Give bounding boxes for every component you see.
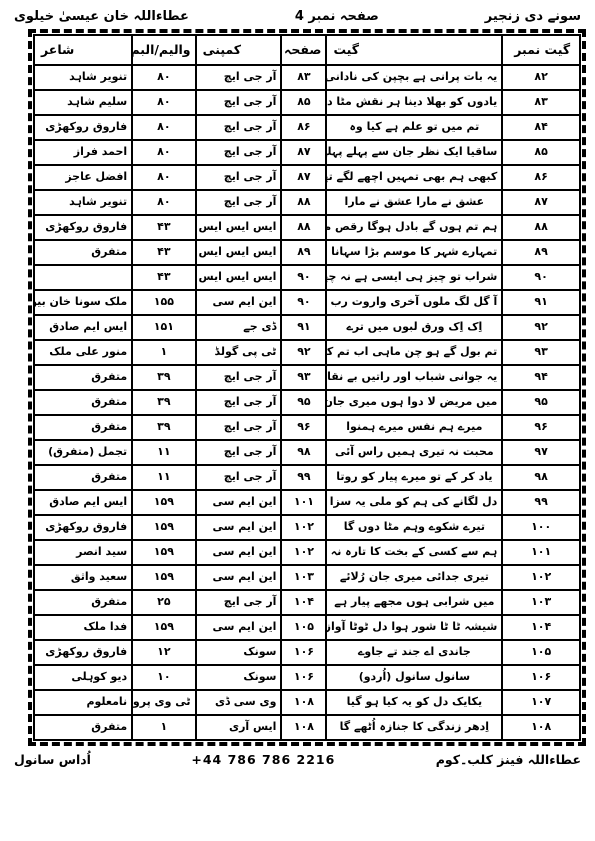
volume-album-cell: ۴۳ xyxy=(132,265,195,290)
page-number-cell: ۱۰۲ xyxy=(281,540,326,565)
song-number-cell: ۸۵ xyxy=(502,140,580,165)
poet-cell: ملک سونا خان بیوس xyxy=(34,290,132,315)
header-title-right: سونے دی زنجیر xyxy=(485,9,581,24)
table-row: ۸۵ ساقیا ایک نظر جان سے پہلے پہلے ۸۷ آر … xyxy=(34,140,580,165)
table-row: ۸۴ تم میں تو علم ہے کیا وہ ۸۶ آر جی ایچ … xyxy=(34,115,580,140)
table-row: ۹۱ آ گل لگ ملوں آخری واروت رب ۹۰ این ایم… xyxy=(34,290,580,315)
poet-cell: سعید واثق xyxy=(34,565,132,590)
poet-cell: تنویر شاہد xyxy=(34,65,132,90)
page-number-cell: ۱۰۸ xyxy=(281,715,326,740)
page-number-cell: ۱۰۸ xyxy=(281,690,326,715)
company-cell: این ایم سی xyxy=(196,290,282,315)
table-row: ۹۶ میرے ہم نفس میرے ہمنوا ۹۶ آر جی ایچ ۳… xyxy=(34,415,580,440)
song-title-cell: عشق نے مارا عشق نے مارا xyxy=(326,190,502,215)
poet-cell: متفرق xyxy=(34,465,132,490)
volume-album-cell: ۱۵۹ xyxy=(132,615,195,640)
company-cell: سونک xyxy=(196,640,282,665)
poet-cell: متفرق xyxy=(34,240,132,265)
poet-cell: نامعلوم xyxy=(34,690,132,715)
table-row: ۹۹ دل لگانے کی ہم کو ملی یہ سزا ۱۰۱ این … xyxy=(34,490,580,515)
page-number-cell: ۸۳ xyxy=(281,65,326,90)
volume-album-cell: ۳۹ xyxy=(132,390,195,415)
table-row: ۹۰ شراب تو چیز ہی ایسی ہے نہ چھوڑی جائے … xyxy=(34,265,580,290)
song-number-cell: ۱۰۰ xyxy=(502,515,580,540)
poet-cell: فاروق روکھڑی xyxy=(34,115,132,140)
company-cell: آر جی ایچ xyxy=(196,365,282,390)
song-number-cell: ۹۴ xyxy=(502,365,580,390)
page-number-cell: ۹۲ xyxy=(281,340,326,365)
page-number-cell: ۹۵ xyxy=(281,390,326,415)
song-title-cell: ہم سے کسی کے بخت کا تارہ نہ ملا xyxy=(326,540,502,565)
table-dashed-frame: گیت نمبر گیت صفحہ نمبر کمپنی والیم/البم … xyxy=(28,29,586,746)
song-title-cell: اِک اِک ورق لبوں میں ترے xyxy=(326,315,502,340)
song-number-cell: ۹۰ xyxy=(502,265,580,290)
song-title-cell: سانول سانول (اُردو) xyxy=(326,665,502,690)
page-number-cell: ۱۰۴ xyxy=(281,590,326,615)
table-row: ۸۶ کبھی ہم بھی تمہیں اچھے لگے تھے ۸۷ آر … xyxy=(34,165,580,190)
company-cell: آر جی ایچ xyxy=(196,190,282,215)
company-cell: این ایم سی xyxy=(196,515,282,540)
company-cell: وی سی ڈی xyxy=(196,690,282,715)
page-number-cell: ۹۳ xyxy=(281,365,326,390)
song-number-cell: ۸۶ xyxy=(502,165,580,190)
page-footer: عطاءاللہ فینز کلب۔کوم +44 786 786 2216 ا… xyxy=(0,746,595,767)
col-header-company: کمپنی xyxy=(196,35,282,65)
table-row: ۱۰۶ سانول سانول (اُردو) ۱۰۶ سونک ۱۰ دیو … xyxy=(34,665,580,690)
song-number-cell: ۱۰۶ xyxy=(502,665,580,690)
company-cell: آر جی ایچ xyxy=(196,90,282,115)
table-header-row: گیت نمبر گیت صفحہ نمبر کمپنی والیم/البم … xyxy=(34,35,580,65)
song-title-cell: ہم تم ہوں گے بادل ہوگا رقص میں xyxy=(326,215,502,240)
song-title-cell: تم میں تو علم ہے کیا وہ xyxy=(326,115,502,140)
poet-cell: متفرق xyxy=(34,415,132,440)
table-row: ۹۴ یہ جوانی شباب اور راتیں بے نقاب آنا ۹… xyxy=(34,365,580,390)
poet-cell: سلیم شاہد xyxy=(34,90,132,115)
company-cell: ٹی پی گولڈ xyxy=(196,340,282,365)
company-cell: آر جی ایچ xyxy=(196,65,282,90)
volume-album-cell: ٹی وی پروگرام xyxy=(132,690,195,715)
poet-cell: متفرق xyxy=(34,590,132,615)
table-row: ۹۳ تم بول گے ہو چن ماہی اب تم کو ۹۲ ٹی پ… xyxy=(34,340,580,365)
poet-cell xyxy=(34,265,132,290)
song-number-cell: ۹۵ xyxy=(502,390,580,415)
volume-album-cell: ۱۵۹ xyxy=(132,540,195,565)
company-cell: این ایم سی xyxy=(196,615,282,640)
volume-album-cell: ۱۵۱ xyxy=(132,315,195,340)
poet-cell: فاروق روکھڑی xyxy=(34,215,132,240)
table-row: ۱۰۲ تیری جدائی میری جان رُلائے ۱۰۳ این ا… xyxy=(34,565,580,590)
table-row: ۸۳ یادوں کو بھلا دینا ہر نقش مٹا دینا ۸۵… xyxy=(34,90,580,115)
songs-table: گیت نمبر گیت صفحہ نمبر کمپنی والیم/البم … xyxy=(33,34,581,741)
header-page-number: صفحہ نمبر 4 xyxy=(295,9,379,24)
volume-album-cell: ۸۰ xyxy=(132,165,195,190)
song-number-cell: ۹۳ xyxy=(502,340,580,365)
volume-album-cell: ۸۰ xyxy=(132,90,195,115)
page-number-cell: ۹۹ xyxy=(281,465,326,490)
song-title-cell: یکایک دل کو یہ کیا ہو گیا xyxy=(326,690,502,715)
volume-album-cell: ۸۰ xyxy=(132,140,195,165)
col-header-song-number: گیت نمبر xyxy=(502,35,580,65)
page-number-cell: ۸۷ xyxy=(281,165,326,190)
song-number-cell: ۱۰۷ xyxy=(502,690,580,715)
page-number-cell: ۹۸ xyxy=(281,440,326,465)
song-title-cell: ساقیا ایک نظر جان سے پہلے پہلے xyxy=(326,140,502,165)
songs-table-body: ۸۲ یہ بات پرانی ہے بچپن کی نادانی ہے ۸۳ … xyxy=(34,65,580,740)
table-row: ۸۲ یہ بات پرانی ہے بچپن کی نادانی ہے ۸۳ … xyxy=(34,65,580,90)
table-row: ۹۵ میں مریض لا دوا ہوں میری جان ۹۵ آر جی… xyxy=(34,390,580,415)
volume-album-cell: ۱۱ xyxy=(132,440,195,465)
table-row: ۸۷ عشق نے مارا عشق نے مارا ۸۸ آر جی ایچ … xyxy=(34,190,580,215)
song-title-cell: یہ بات پرانی ہے بچپن کی نادانی ہے xyxy=(326,65,502,90)
volume-album-cell: ۳۹ xyxy=(132,415,195,440)
company-cell: سونک xyxy=(196,665,282,690)
poet-cell: سید انصر xyxy=(34,540,132,565)
company-cell: آر جی ایچ xyxy=(196,390,282,415)
song-title-cell: اِدھر زندگی کا جنازہ اُٹھے گا xyxy=(326,715,502,740)
song-title-cell: جاندی اے جند تے جاوے xyxy=(326,640,502,665)
poet-cell: احمد فراز xyxy=(34,140,132,165)
company-cell: ایس ایس ایس xyxy=(196,215,282,240)
poet-cell: فدا ملک xyxy=(34,615,132,640)
song-number-cell: ۹۲ xyxy=(502,315,580,340)
page-number-cell: ۹۰ xyxy=(281,265,326,290)
poet-cell: فاروق روکھڑی xyxy=(34,640,132,665)
table-row: ۹۸ یاد کر کے تو میرے پیار کو روتا ۹۹ آر … xyxy=(34,465,580,490)
page-number-cell: ۸۸ xyxy=(281,190,326,215)
company-cell: ایس ایس ایس xyxy=(196,240,282,265)
song-number-cell: ۸۲ xyxy=(502,65,580,90)
song-number-cell: ۹۱ xyxy=(502,290,580,315)
page-number-cell: ۱۰۶ xyxy=(281,665,326,690)
page-number-cell: ۹۶ xyxy=(281,415,326,440)
col-header-poet: شاعر xyxy=(34,35,132,65)
table-row: ۱۰۵ جاندی اے جند تے جاوے ۱۰۶ سونک ۱۲ فار… xyxy=(34,640,580,665)
song-number-cell: ۱۰۵ xyxy=(502,640,580,665)
volume-album-cell: ۱۱ xyxy=(132,465,195,490)
company-cell: آر جی ایچ xyxy=(196,590,282,615)
poet-cell: منور علی ملک xyxy=(34,340,132,365)
footer-name: اُداس سانول xyxy=(14,752,91,767)
poet-cell: تجمل (متفرق) xyxy=(34,440,132,465)
song-title-cell: یادوں کو بھلا دینا ہر نقش مٹا دینا xyxy=(326,90,502,115)
volume-album-cell: ۱۰ xyxy=(132,665,195,690)
company-cell: این ایم سی xyxy=(196,565,282,590)
table-row: ۸۹ تمہارے شہر کا موسم بڑا سہانا لگے ۸۹ ا… xyxy=(34,240,580,265)
table-row: ۱۰۱ ہم سے کسی کے بخت کا تارہ نہ ملا ۱۰۲ … xyxy=(34,540,580,565)
page-number-cell: ۸۹ xyxy=(281,240,326,265)
page-number-cell: ۱۰۱ xyxy=(281,490,326,515)
company-cell: این ایم سی xyxy=(196,490,282,515)
poet-cell: تنویر شاہد xyxy=(34,190,132,215)
page-number-cell: ۸۸ xyxy=(281,215,326,240)
table-row: ۸۸ ہم تم ہوں گے بادل ہوگا رقص میں ۸۸ ایس… xyxy=(34,215,580,240)
song-number-cell: ۸۸ xyxy=(502,215,580,240)
song-title-cell: میں شرابی ہوں مجھے پیار ہے xyxy=(326,590,502,615)
song-number-cell: ۸۳ xyxy=(502,90,580,115)
page-number-cell: ۸۵ xyxy=(281,90,326,115)
poet-cell: ایس ایم صادق xyxy=(34,315,132,340)
col-header-song: گیت xyxy=(326,35,502,65)
company-cell: آر جی ایچ xyxy=(196,115,282,140)
company-cell: آر جی ایچ xyxy=(196,415,282,440)
poet-cell: ایس ایم صادق xyxy=(34,490,132,515)
song-title-cell: یہ جوانی شباب اور راتیں بے نقاب آنا xyxy=(326,365,502,390)
poet-cell: دیو کوہلی xyxy=(34,665,132,690)
song-number-cell: ۱۰۸ xyxy=(502,715,580,740)
song-number-cell: ۸۹ xyxy=(502,240,580,265)
document-page: سونے دی زنجیر صفحہ نمبر 4 عطاءاللہ خان ع… xyxy=(0,0,595,841)
company-cell: آر جی ایچ xyxy=(196,465,282,490)
page-number-cell: ۸۷ xyxy=(281,140,326,165)
company-cell: این ایم سی xyxy=(196,540,282,565)
table-row: ۱۰۷ یکایک دل کو یہ کیا ہو گیا ۱۰۸ وی سی … xyxy=(34,690,580,715)
volume-album-cell: ۳۹ xyxy=(132,365,195,390)
page-number-cell: ۱۰۲ xyxy=(281,515,326,540)
company-cell: آر جی ایچ xyxy=(196,440,282,465)
song-title-cell: تیرے شکوے وہم مٹا دوں گا xyxy=(326,515,502,540)
song-title-cell: شراب تو چیز ہی ایسی ہے نہ چھوڑی جائے xyxy=(326,265,502,290)
volume-album-cell: ۲۵ xyxy=(132,590,195,615)
poet-cell: متفرق xyxy=(34,715,132,740)
volume-album-cell: ۱ xyxy=(132,340,195,365)
song-title-cell: میرے ہم نفس میرے ہمنوا xyxy=(326,415,502,440)
table-row: ۹۷ محبت نہ تیری ہمیں راس آئی ۹۸ آر جی ای… xyxy=(34,440,580,465)
song-title-cell: تم بول گے ہو چن ماہی اب تم کو xyxy=(326,340,502,365)
company-cell: ایس آری xyxy=(196,715,282,740)
header-author-left: عطاءاللہ خان عیسیٰ خیلوی xyxy=(14,9,189,24)
song-number-cell: ۹۸ xyxy=(502,465,580,490)
poet-cell: افضل عاجز xyxy=(34,165,132,190)
song-title-cell: دل لگانے کی ہم کو ملی یہ سزا xyxy=(326,490,502,515)
song-number-cell: ۹۷ xyxy=(502,440,580,465)
table-row: ۱۰۸ اِدھر زندگی کا جنازہ اُٹھے گا ۱۰۸ ای… xyxy=(34,715,580,740)
song-title-cell: آ گل لگ ملوں آخری واروت رب xyxy=(326,290,502,315)
col-header-page-number: صفحہ نمبر xyxy=(281,35,326,65)
volume-album-cell: ۱۵۵ xyxy=(132,290,195,315)
table-row: ۱۰۴ شیشہ ٹا ٹا شور ہوا دل ٹوٹا آواز ۱۰۵ … xyxy=(34,615,580,640)
volume-album-cell: ۱۵۹ xyxy=(132,490,195,515)
page-header: سونے دی زنجیر صفحہ نمبر 4 عطاءاللہ خان ع… xyxy=(0,0,595,27)
volume-album-cell: ۱ xyxy=(132,715,195,740)
song-title-cell: تمہارے شہر کا موسم بڑا سہانا لگے xyxy=(326,240,502,265)
song-number-cell: ۱۰۳ xyxy=(502,590,580,615)
table-row: ۹۲ اِک اِک ورق لبوں میں ترے ۹۱ ڈی جے ۱۵۱… xyxy=(34,315,580,340)
page-number-cell: ۹۰ xyxy=(281,290,326,315)
song-number-cell: ۸۷ xyxy=(502,190,580,215)
song-number-cell: ۱۰۴ xyxy=(502,615,580,640)
song-number-cell: ۸۴ xyxy=(502,115,580,140)
volume-album-cell: ۱۵۹ xyxy=(132,565,195,590)
song-title-cell: یاد کر کے تو میرے پیار کو روتا xyxy=(326,465,502,490)
volume-album-cell: ۸۰ xyxy=(132,65,195,90)
footer-phone-number: +44 786 786 2216 xyxy=(191,752,335,767)
page-number-cell: ۱۰۵ xyxy=(281,615,326,640)
song-title-cell: محبت نہ تیری ہمیں راس آئی xyxy=(326,440,502,465)
poet-cell: متفرق xyxy=(34,365,132,390)
volume-album-cell: ۸۰ xyxy=(132,115,195,140)
volume-album-cell: ۴۳ xyxy=(132,215,195,240)
company-cell: ڈی جے xyxy=(196,315,282,340)
song-title-cell: تیری جدائی میری جان رُلائے xyxy=(326,565,502,590)
table-row: ۱۰۰ تیرے شکوے وہم مٹا دوں گا ۱۰۲ این ایم… xyxy=(34,515,580,540)
song-title-cell: کبھی ہم بھی تمہیں اچھے لگے تھے xyxy=(326,165,502,190)
footer-site: عطاءاللہ فینز کلب۔کوم xyxy=(436,752,581,767)
song-number-cell: ۱۰۲ xyxy=(502,565,580,590)
company-cell: آر جی ایچ xyxy=(196,140,282,165)
song-number-cell: ۱۰۱ xyxy=(502,540,580,565)
song-title-cell: شیشہ ٹا ٹا شور ہوا دل ٹوٹا آواز xyxy=(326,615,502,640)
volume-album-cell: ۱۵۹ xyxy=(132,515,195,540)
volume-album-cell: ۸۰ xyxy=(132,190,195,215)
poet-cell: فاروق روکھڑی xyxy=(34,515,132,540)
volume-album-cell: ۴۳ xyxy=(132,240,195,265)
song-number-cell: ۹۶ xyxy=(502,415,580,440)
song-number-cell: ۹۹ xyxy=(502,490,580,515)
company-cell: آر جی ایچ xyxy=(196,165,282,190)
poet-cell: متفرق xyxy=(34,390,132,415)
table-row: ۱۰۳ میں شرابی ہوں مجھے پیار ہے ۱۰۴ آر جی… xyxy=(34,590,580,615)
col-header-volume-album: والیم/البم xyxy=(132,35,195,65)
page-number-cell: ۹۱ xyxy=(281,315,326,340)
song-title-cell: میں مریض لا دوا ہوں میری جان xyxy=(326,390,502,415)
company-cell: ایس ایس ایس xyxy=(196,265,282,290)
page-number-cell: ۱۰۳ xyxy=(281,565,326,590)
page-number-cell: ۸۶ xyxy=(281,115,326,140)
volume-album-cell: ۱۲ xyxy=(132,640,195,665)
page-number-cell: ۱۰۶ xyxy=(281,640,326,665)
